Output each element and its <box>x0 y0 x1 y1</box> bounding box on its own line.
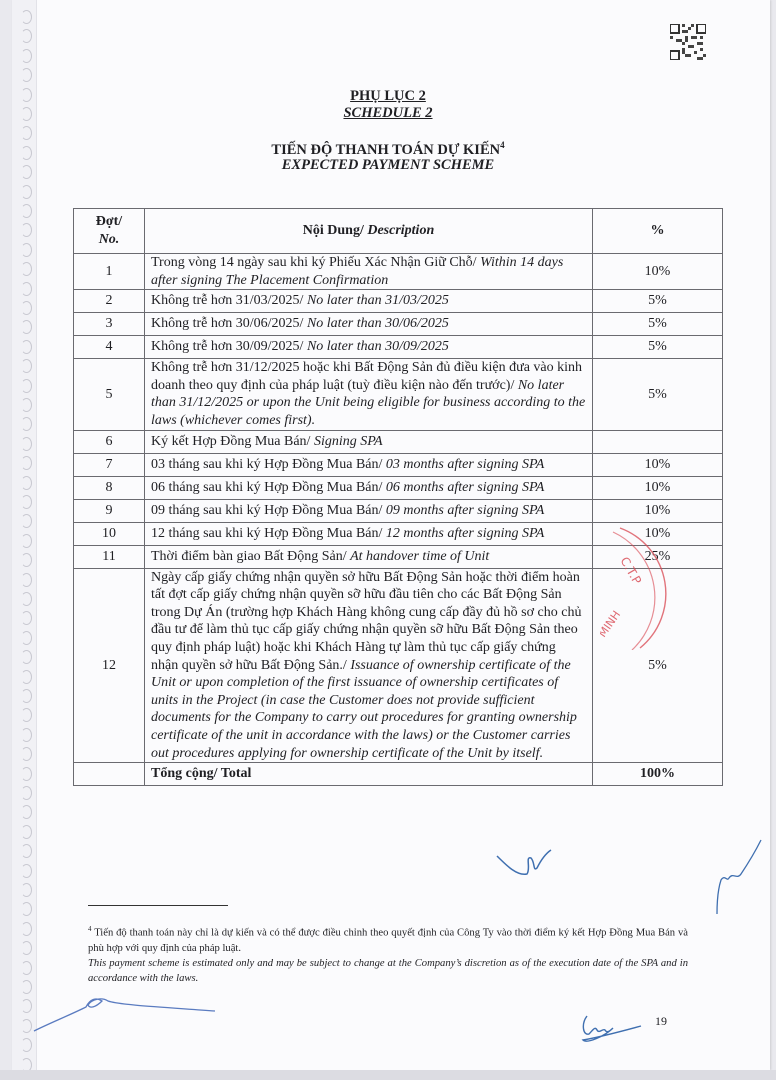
binder-ring-icon <box>21 301 32 315</box>
table-row: 806 tháng sau khi ký Hợp Đồng Mua Bán/ 0… <box>74 476 723 499</box>
header-no: Đợt/ No. <box>74 209 145 254</box>
binder-ring-icon <box>21 844 32 858</box>
row-percent: 10% <box>593 476 723 499</box>
description-en: No later than 31/03/2025 <box>307 293 449 308</box>
row-percent: 25% <box>593 545 723 568</box>
description-en: At handover time of Unit <box>350 549 489 564</box>
binder-ring-icon <box>21 728 32 742</box>
row-percent: 5% <box>593 336 723 359</box>
table-row: 4Không trễ hơn 30/09/2025/ No later than… <box>74 336 723 359</box>
footnote-ref: 4 <box>500 140 505 150</box>
header-desc-vi: Nội Dung/ <box>303 223 368 238</box>
row-percent: 10% <box>593 254 723 290</box>
description-en: 12 months after signing SPA <box>386 526 544 541</box>
binder-ring-icon <box>21 902 32 916</box>
binder-ring-icon <box>21 243 32 257</box>
binder-ring-icon <box>21 398 32 412</box>
binder-ring-icon <box>21 805 32 819</box>
binder-ring-icon <box>21 631 32 645</box>
table-row: 12Ngày cấp giấy chứng nhận quyền sở hữu … <box>74 568 723 763</box>
binder-ring-icon <box>21 29 32 43</box>
footnote: 4 Tiến độ thanh toán này chỉ là dự kiến … <box>88 922 688 986</box>
row-percent: 10% <box>593 522 723 545</box>
binder-ring-icon <box>21 670 32 684</box>
binder-ring-icon <box>21 1019 32 1033</box>
binder-ring-icon <box>21 68 32 82</box>
binder-ring-icon <box>21 747 32 761</box>
binder-ring-icon <box>21 340 32 354</box>
row-description: 09 tháng sau khi ký Hợp Đồng Mua Bán/ 09… <box>145 499 593 522</box>
binder-ring-icon <box>21 495 32 509</box>
binder-ring-icon <box>21 476 32 490</box>
binder-ring-icon <box>21 573 32 587</box>
row-description: Không trễ hơn 30/09/2025/ No later than … <box>145 336 593 359</box>
binder-ring-icon <box>21 980 32 994</box>
binder-ring-icon <box>21 223 32 237</box>
row-description: Trong vòng 14 ngày sau khi ký Phiếu Xác … <box>145 254 593 290</box>
row-number: 3 <box>74 313 145 336</box>
table-row: 6Ký kết Hợp Đồng Mua Bán/ Signing SPA <box>74 430 723 453</box>
table-row: 3Không trễ hơn 30/06/2025/ No later than… <box>74 313 723 336</box>
row-number: 9 <box>74 499 145 522</box>
page-number: 19 <box>655 1014 667 1029</box>
table-row: 703 tháng sau khi ký Hợp Đồng Mua Bán/ 0… <box>74 453 723 476</box>
description-vi: 03 tháng sau khi ký Hợp Đồng Mua Bán/ <box>151 457 386 472</box>
row-number: 1 <box>74 254 145 290</box>
payment-schedule-table: Đợt/ No. Nội Dung/ Description % 1Trong … <box>73 208 723 786</box>
binder-ring-icon <box>21 864 32 878</box>
binder-ring-icon <box>21 941 32 955</box>
row-description: Ngày cấp giấy chứng nhận quyền sở hữu Bấ… <box>145 568 593 763</box>
binder-ring-icon <box>21 320 32 334</box>
header-desc-en: Description <box>367 223 434 238</box>
table-row: 5Không trễ hơn 31/12/2025 hoặc khi Bất Đ… <box>74 359 723 430</box>
header-description: Nội Dung/ Description <box>145 209 593 254</box>
schedule-title-vi: PHỤ LỤC 2 <box>0 88 776 105</box>
page-edge <box>0 1070 776 1080</box>
row-percent: 5% <box>593 568 723 763</box>
table-row: 909 tháng sau khi ký Hợp Đồng Mua Bán/ 0… <box>74 499 723 522</box>
description-vi: Không trễ hơn 31/03/2025/ <box>151 293 307 308</box>
binder-ring-icon <box>21 689 32 703</box>
row-number: 6 <box>74 430 145 453</box>
description-vi: 09 tháng sau khi ký Hợp Đồng Mua Bán/ <box>151 503 386 518</box>
page-title-vi-text: TIẾN ĐỘ THANH TOÁN DỰ KIẾN <box>271 142 500 158</box>
header-no-vi: Đợt/ <box>96 214 122 229</box>
table-row: 1012 tháng sau khi ký Hợp Đồng Mua Bán/ … <box>74 522 723 545</box>
total-row: Tổng cộng/ Total 100% <box>74 763 723 786</box>
schedule-title-en: SCHEDULE 2 <box>0 105 776 122</box>
page-title-en: EXPECTED PAYMENT SCHEME <box>0 157 776 174</box>
row-number: 12 <box>74 568 145 763</box>
binder-ring-icon <box>21 922 32 936</box>
qr-code-icon <box>670 24 706 60</box>
row-description: Không trễ hơn 30/06/2025/ No later than … <box>145 313 593 336</box>
binder-ring-icon <box>21 534 32 548</box>
binder-ring-icon <box>21 10 32 24</box>
row-description: Không trễ hơn 31/03/2025/ No later than … <box>145 290 593 313</box>
row-description: 06 tháng sau khi ký Hợp Đồng Mua Bán/ 06… <box>145 476 593 499</box>
row-description: Không trễ hơn 31/12/2025 hoặc khi Bất Độ… <box>145 359 593 430</box>
table-header-row: Đợt/ No. Nội Dung/ Description % <box>74 209 723 254</box>
description-en: No later than 30/06/2025 <box>307 316 449 331</box>
binder-ring-icon <box>21 49 32 63</box>
description-en: 03 months after signing SPA <box>386 457 544 472</box>
row-percent: 10% <box>593 499 723 522</box>
binder-ring-icon <box>21 437 32 451</box>
footnote-vi: Tiến độ thanh toán này chỉ là dự kiến và… <box>88 928 688 954</box>
row-description: Thời điểm bàn giao Bất Động Sản/ At hand… <box>145 545 593 568</box>
binder-ring-icon <box>21 650 32 664</box>
row-percent: 5% <box>593 359 723 430</box>
binder-ring-icon <box>21 592 32 606</box>
row-number: 2 <box>74 290 145 313</box>
row-percent: 10% <box>593 453 723 476</box>
description-en: 09 months after signing SPA <box>386 503 544 518</box>
footnote-en: This payment scheme is estimated only an… <box>88 958 688 984</box>
binder-ring-icon <box>21 999 32 1013</box>
row-description: 12 tháng sau khi ký Hợp Đồng Mua Bán/ 12… <box>145 522 593 545</box>
binder-ring-icon <box>21 825 32 839</box>
total-percent: 100% <box>593 763 723 786</box>
binder-ring-icon <box>21 456 32 470</box>
binder-ring-icon <box>21 379 32 393</box>
binder-ring-icon <box>21 708 32 722</box>
binder-ring-icon <box>21 282 32 296</box>
binder-ring-icon <box>21 611 32 625</box>
header-percent: % <box>593 209 723 254</box>
page-title-vi: TIẾN ĐỘ THANH TOÁN DỰ KIẾN4 <box>0 140 776 159</box>
row-number: 7 <box>74 453 145 476</box>
row-description: 03 tháng sau khi ký Hợp Đồng Mua Bán/ 03… <box>145 453 593 476</box>
row-number: 4 <box>74 336 145 359</box>
row-number: 5 <box>74 359 145 430</box>
description-vi: 12 tháng sau khi ký Hợp Đồng Mua Bán/ <box>151 526 386 541</box>
binder-ring-icon <box>21 1038 32 1052</box>
binder-ring-icon <box>21 767 32 781</box>
description-vi: Không trễ hơn 30/06/2025/ <box>151 316 307 331</box>
row-number: 8 <box>74 476 145 499</box>
total-no-cell <box>74 763 145 786</box>
table-row: 1Trong vòng 14 ngày sau khi ký Phiếu Xác… <box>74 254 723 290</box>
row-description: Ký kết Hợp Đồng Mua Bán/ Signing SPA <box>145 430 593 453</box>
binder-ring-icon <box>21 786 32 800</box>
row-percent <box>593 430 723 453</box>
binder-ring-icon <box>21 961 32 975</box>
table-row: 2Không trễ hơn 31/03/2025/ No later than… <box>74 290 723 313</box>
description-en: Signing SPA <box>314 434 383 449</box>
binder-ring-icon <box>21 204 32 218</box>
description-en: 06 months after signing SPA <box>386 480 544 495</box>
row-number: 10 <box>74 522 145 545</box>
description-en: No later than 30/09/2025 <box>307 339 449 354</box>
description-vi: Trong vòng 14 ngày sau khi ký Phiếu Xác … <box>151 255 480 270</box>
description-vi: Ký kết Hợp Đồng Mua Bán/ <box>151 434 314 449</box>
binder-ring-icon <box>21 553 32 567</box>
table-row: 11Thời điểm bàn giao Bất Động Sản/ At ha… <box>74 545 723 568</box>
binder-ring-icon <box>21 883 32 897</box>
footnote-divider <box>88 905 228 906</box>
binder-ring-icon <box>21 185 32 199</box>
binder-ring-icon <box>21 126 32 140</box>
header-no-en: No. <box>99 232 120 247</box>
description-vi: 06 tháng sau khi ký Hợp Đồng Mua Bán/ <box>151 480 386 495</box>
binder-ring-icon <box>21 262 32 276</box>
description-vi: Thời điểm bàn giao Bất Động Sản/ <box>151 549 350 564</box>
binder-ring-icon <box>21 514 32 528</box>
row-number: 11 <box>74 545 145 568</box>
binder-ring-icon <box>21 417 32 431</box>
description-vi: Không trễ hơn 30/09/2025/ <box>151 339 307 354</box>
total-label: Tổng cộng/ Total <box>145 763 593 786</box>
row-percent: 5% <box>593 290 723 313</box>
binder-ring-icon <box>21 359 32 373</box>
row-percent: 5% <box>593 313 723 336</box>
